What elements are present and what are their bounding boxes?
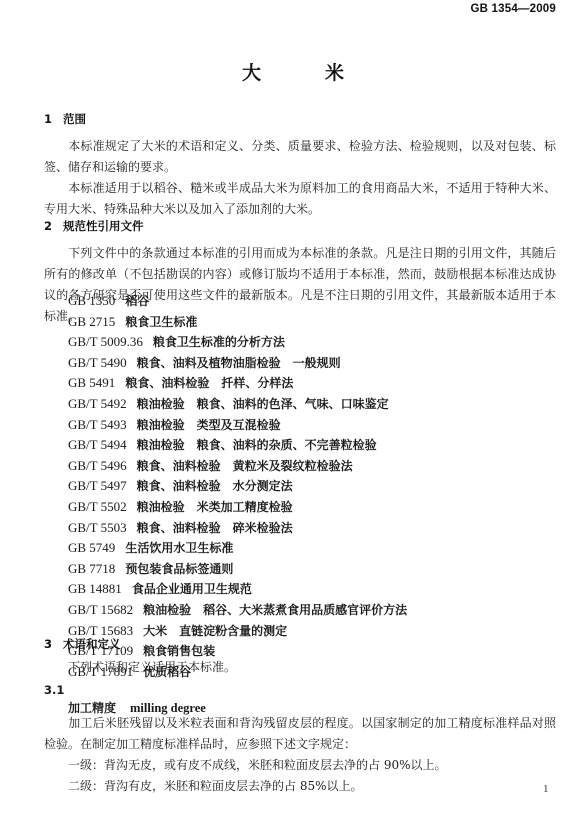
reference-item: GB 2715粮食卫生标准: [68, 312, 407, 333]
reference-list: GB 1350稻谷 GB 2715粮食卫生标准 GB/T 5009.36粮食卫生…: [68, 291, 407, 682]
grade-2-rule: 二级：背沟有皮，米胚和粒面皮层去净的占 85%以上。: [44, 776, 556, 797]
section-title: 范围: [63, 112, 86, 126]
reference-item: GB 14881食品企业通用卫生规范: [68, 579, 407, 600]
section-number: 2: [44, 219, 63, 233]
section-number: 1: [44, 112, 63, 126]
scope-paragraph-1: 本标准规定了大米的术语和定义、分类、质量要求、检验方法、检验规则，以及对包装、标…: [44, 136, 556, 178]
reference-item: GB/T 5490粮食、油料及植物油脂检验 一般规则: [68, 353, 407, 374]
section-heading-terms: 3术语和定义: [44, 636, 121, 652]
terms-intro: 下列术语和定义适用于本标准。: [44, 657, 556, 678]
reference-item: GB/T 5497粮食、油料检验 水分测定法: [68, 476, 407, 497]
title-char-1: 大: [242, 58, 261, 85]
reference-item: GB/T 5503粮食、油料检验 碎米检验法: [68, 518, 407, 539]
reference-item: GB/T 5009.36粮食卫生标准的分析方法: [68, 332, 407, 353]
document-title: 大米: [0, 58, 586, 85]
section-title: 术语和定义: [63, 637, 121, 651]
reference-item: GB 5491粮食、油料检验 扦样、分样法: [68, 373, 407, 394]
reference-item: GB 1350稻谷: [68, 291, 407, 312]
term-definition: 加工后米胚残留以及米粒表面和背沟残留皮层的程度。以国家制定的加工精度标准样品对照…: [44, 713, 556, 755]
standard-code: GB 1354—2009: [470, 3, 556, 15]
section-heading-normative-references: 2规范性引用文件: [44, 218, 144, 234]
scope-paragraph-2: 本标准适用于以稻谷、糙米或半成品大米为原料加工的食用商品大米，不适用于特种大米、…: [44, 178, 556, 220]
reference-item: GB/T 5502粮油检验 米类加工精度检验: [68, 497, 407, 518]
subsection-number: 3.1: [44, 683, 64, 697]
section-heading-scope: 1范围: [44, 111, 86, 127]
reference-item: GB 5749生活饮用水卫生标准: [68, 538, 407, 559]
section-title: 规范性引用文件: [63, 219, 144, 233]
reference-item: GB/T 5494粮油检验 粮食、油料的杂质、不完善粒检验: [68, 435, 407, 456]
reference-item: GB/T 5496粮食、油料检验 黄粒米及裂纹粒检验法: [68, 456, 407, 477]
title-char-2: 米: [325, 58, 344, 85]
grade-1-rule: 一级：背沟无皮，或有皮不成线，米胚和粒面皮层去净的占 90%以上。: [44, 755, 556, 776]
section-number: 3: [44, 637, 63, 651]
reference-item: GB/T 15682粮油检验 稻谷、大米蒸煮食用品质感官评价方法: [68, 600, 407, 621]
reference-item: GB 7718预包装食品标签通则: [68, 559, 407, 580]
page-number: 1: [543, 783, 549, 795]
reference-item: GB/T 5493粮油检验 类型及互混检验: [68, 415, 407, 436]
document-page: GB 1354—2009 大米 1范围 本标准规定了大米的术语和定义、分类、质量…: [0, 0, 586, 813]
reference-item: GB/T 5492粮油检验 粮食、油料的色泽、气味、口味鉴定: [68, 394, 407, 415]
